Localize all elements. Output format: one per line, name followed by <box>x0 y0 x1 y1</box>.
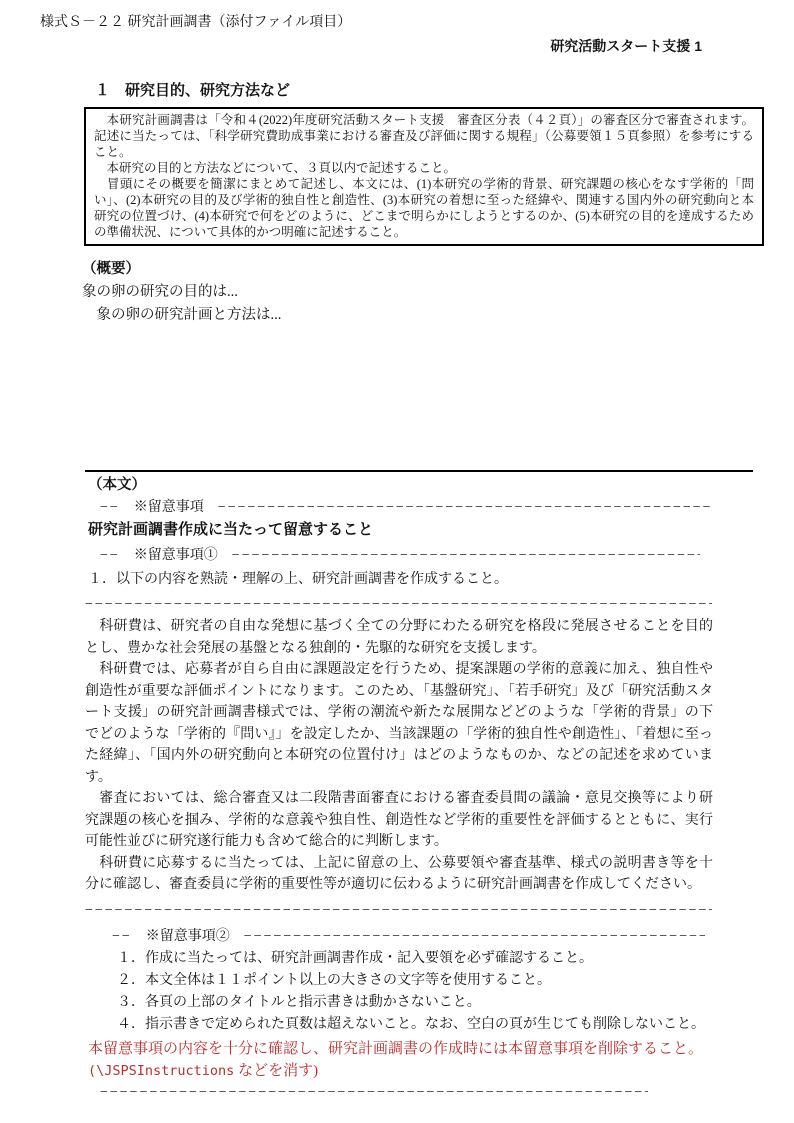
notice2-label: ※留意事項② <box>132 927 244 947</box>
warning-line-rest: などを消す) <box>234 1063 318 1079</box>
overview-label: （概要） <box>82 258 794 281</box>
body-label: （本文） <box>88 476 794 494</box>
program-label: 研究活動スタート支援 1 <box>0 38 702 55</box>
notice2-item: ３．各頁の上部のタイトルと指示書きは動かさないこと。 <box>117 992 777 1014</box>
dash-divider: −−−−−−−−−−−−−−−−−−−−−−−−−−−−−−−−−−−−−−−−… <box>85 595 712 615</box>
body-paragraphs: 科研費は、研究者の自由な発想に基づく全ての分野にわたる研究を格段に発展させること… <box>85 616 713 896</box>
dash-prefix: −− <box>100 546 120 566</box>
content-divider <box>85 470 753 472</box>
warning-code-note: (\JSPSInstructions などを消す) <box>88 1060 794 1082</box>
section-title: １ 研究目的、研究方法など <box>95 82 794 100</box>
notice-label: ※留意事項 <box>120 498 218 518</box>
overview-line: 象の卵の研究の目的は... <box>82 281 794 304</box>
body-paragraph: 科研費では、応募者が自ら自由に課題設定を行うため、提案課題の学術的意義に加え、独… <box>85 659 713 788</box>
warning-text: 本留意事項の内容を十分に確認し、研究計画調書の作成時には本留意事項を削除すること… <box>88 1038 794 1082</box>
dash-divider: −−−−−−−−−−−−−−−−−−−−−−−−−−−−−−−−−−−−−−−−… <box>85 901 712 921</box>
overview-line: 象の卵の研究計画と方法は... <box>82 304 794 327</box>
dash-run: −−−−−−−−−−−−−−−−−−−−−−−−−−−−−−−−−−−−−−−−… <box>232 546 700 566</box>
notice-dash-header: −− ※留意事項 −−−−−−−−−−−−−−−−−−−−−−−−−−−−−−−… <box>100 498 712 518</box>
overview-section: （概要） 象の卵の研究の目的は... 象の卵の研究計画と方法は... <box>82 258 794 327</box>
notice1-item: １．以下の内容を熟読・理解の上、研究計画調書を作成すること。 <box>88 570 794 590</box>
instruction-box: 本研究計画調書は「令和４(2022)年度研究活動スタート支援 審査区分表（４２頁… <box>84 107 764 246</box>
notice2-dash-header: −− ※留意事項② −−−−−−−−−−−−−−−−−−−−−−−−−−−−−−… <box>112 927 705 947</box>
form-label: 様式Ｓ－２２ 研究計画調書（添付ファイル項目） <box>40 14 794 31</box>
dash-run: −−−−−−−−−−−−−−−−−−−−−−−−−−−−−−−−−−−−−−−−… <box>218 498 712 518</box>
notice2-item: ２．本文全体は１１ポイント以上の大きさの文字等を使用すること。 <box>117 970 777 992</box>
dash-prefix: −− <box>100 498 120 518</box>
latex-command: (\JSPSInstructions <box>88 1063 234 1079</box>
instruction-paragraph: 冒頭にその概要を簡潔にまとめて記述し、本文には、(1)本研究の学術的背景、研究課… <box>94 176 754 240</box>
instruction-paragraph: 本研究の目的と方法などについて、３頁以内で記述すること。 <box>94 160 754 176</box>
notice1-dash-header: −− ※留意事項① −−−−−−−−−−−−−−−−−−−−−−−−−−−−−−… <box>100 546 700 566</box>
notice2-item: １．作成に当たっては、研究計画調書作成・記入要領を必ず確認すること。 <box>117 948 777 970</box>
instruction-paragraph: 本研究計画調書は「令和４(2022)年度研究活動スタート支援 審査区分表（４２頁… <box>94 112 754 160</box>
document-page: 様式Ｓ－２２ 研究計画調書（添付ファイル項目） 研究活動スタート支援 1 １ 研… <box>0 0 794 1123</box>
dash-prefix: −− <box>112 927 132 947</box>
notice1-label: ※留意事項① <box>120 546 232 566</box>
closing-dash-line: −−−−−−−−−−−−−−−−−−−−−−−−−−−−−−−−−−−−−−−−… <box>100 1083 648 1103</box>
notice2-item: ４．指示書きで定められた頁数は超えないこと。なお、空白の頁が生じても削除しないこ… <box>117 1014 777 1036</box>
warning-line: 本留意事項の内容を十分に確認し、研究計画調書の作成時には本留意事項を削除すること… <box>88 1038 794 1060</box>
body-paragraph: 審査においては、総合審査又は二段階書面審査における審査委員間の議論・意見交換等に… <box>85 788 713 853</box>
body-paragraph: 科研費は、研究者の自由な発想に基づく全ての分野にわたる研究を格段に発展させること… <box>85 616 713 659</box>
notice-title: 研究計画調書作成に当たって留意すること <box>88 520 794 539</box>
body-paragraph: 科研費に応募するに当たっては、上記に留意の上、公募要領や審査基準、様式の説明書き… <box>85 853 713 896</box>
dash-run: −−−−−−−−−−−−−−−−−−−−−−−−−−−−−−−−−−−−−−−−… <box>244 927 705 947</box>
notice2-items: １．作成に当たっては、研究計画調書作成・記入要領を必ず確認すること。 ２．本文全… <box>117 948 777 1036</box>
